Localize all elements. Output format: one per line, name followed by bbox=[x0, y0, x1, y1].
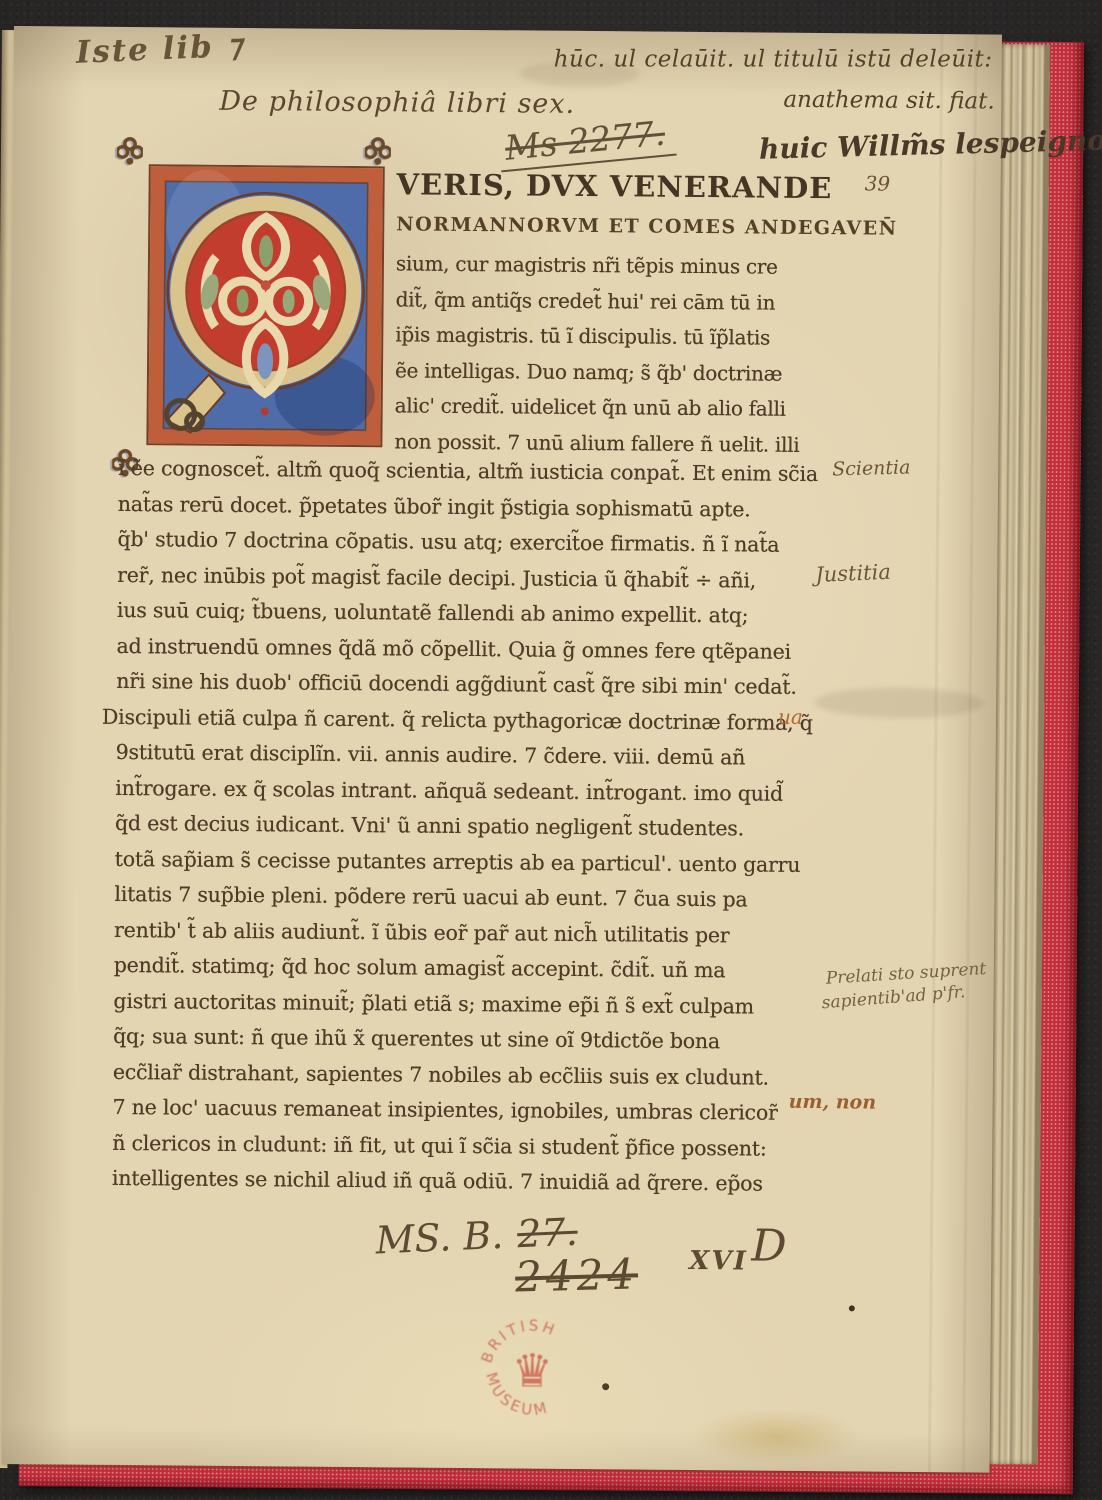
margin-correction-qua: ua bbox=[778, 705, 803, 729]
manuscript-photo: Iste lib ⁊ hūc. ul celaūit. ul titulū is… bbox=[0, 0, 1102, 1500]
incipit-display-line-1: VERIS, DVX VENERANDE bbox=[396, 167, 832, 205]
text-line: sium, cur magistris nr̃i tẽpis minus cre bbox=[396, 251, 801, 290]
manuscript-title: De philosophiâ libri sex. bbox=[219, 86, 575, 120]
pressmark-letter: D bbox=[751, 1220, 787, 1271]
owner-number: 39 bbox=[865, 171, 891, 195]
text-line: alic' credit̃. uidelicet q̃n unū ab alio… bbox=[394, 393, 799, 432]
text-line: pendit̃. statimq; q̃d hoc solum amagist̃… bbox=[114, 953, 814, 995]
text-line: ad instruendū omnes q̃dã mõ cõpellit. Qu… bbox=[116, 633, 816, 675]
struck-old-shelfmark: Ms 2277. bbox=[497, 113, 677, 173]
shelfmark-prefix: MS. B. bbox=[375, 1213, 505, 1263]
effaced-margin-note bbox=[814, 687, 984, 718]
text-line: 7 ne loc' uacuus remaneat insipientes, i… bbox=[112, 1095, 812, 1137]
text-line: rer̃, nec inūbis pot̃ magist̃ facile dec… bbox=[117, 562, 817, 604]
shelfmark-number-struck: 27. bbox=[516, 1210, 578, 1257]
british-museum-stamp: BRITISH MUSEUM ♛ bbox=[472, 1310, 593, 1431]
shelfmark-2424-struck: 2424 bbox=[514, 1249, 638, 1301]
opening-text-block: sium, cur magistris nr̃i tẽpis minus cre… bbox=[394, 251, 801, 468]
text-line: ñ clericos in cludunt: iñ fit, ut qui ĩ … bbox=[112, 1130, 812, 1172]
text-line: totã sap̃iam s̃ cecisse putantes arrepti… bbox=[115, 846, 815, 888]
pressmark-roman: XVI bbox=[689, 1246, 748, 1277]
trefoil-ornament-icon bbox=[117, 137, 143, 171]
body-text-block: ĩ ẽe cognoscet̃. altm̃ quoq̃ scientia, a… bbox=[112, 456, 818, 1208]
parchment-page: Iste lib ⁊ hūc. ul celaūit. ul titulū is… bbox=[1, 26, 1002, 1473]
margin-note-scientia: Scientia bbox=[832, 456, 911, 480]
crown-icon: ♛ bbox=[511, 1343, 553, 1397]
ink-dot bbox=[849, 1305, 855, 1311]
text-line: rentib' t̃ ab aliis audiunt̃. ĩ ũbis eor… bbox=[114, 917, 814, 959]
text-line: q̃d est decius iudicant. Vni' ũ anni spa… bbox=[115, 811, 815, 853]
anathema-line-2: anathema sit. fiat. bbox=[783, 87, 995, 115]
margin-correction-clericorum: um, non bbox=[789, 1091, 877, 1114]
text-line: q̃b' studio 7 doctrina cõpatis. usu atq;… bbox=[117, 527, 817, 569]
text-line: intelligentes se nichil aliud iñ quã odi… bbox=[112, 1166, 812, 1208]
text-line: ius suū cuiq; t̃buens, uoluntatẽ fallend… bbox=[117, 598, 817, 640]
text-line: dit̃, q̃m antiq̃s credet̃ hui' rei cām t… bbox=[395, 287, 800, 326]
ink-dot bbox=[602, 1383, 609, 1390]
text-line: ip̃is magistris. tū ĩ discipulis. tū ĩp̃… bbox=[395, 322, 800, 361]
text-line: int̃rogare. ex q̃ scolas intrant. añquã … bbox=[115, 775, 815, 817]
text-line: ĩ ẽe cognoscet̃. altm̃ quoq̃ scientia, a… bbox=[118, 456, 818, 498]
text-line: nr̃i sine his duob' officiū docendi agg̃… bbox=[116, 669, 816, 711]
text-line: q̃q; sua sunt: ñ que ihũ x̃ querentes ut… bbox=[113, 1024, 813, 1066]
incipit-display-line-2: NORMANNORVM ET COMES ANDEGAVEN̄ bbox=[396, 213, 897, 239]
text-line: gistri auctoritas minuit̃; p̃lati etiã s… bbox=[113, 988, 813, 1030]
text-line: 9stitutū erat disciplĩn. vii. annis audi… bbox=[115, 740, 815, 782]
text-line: litatis 7 sup̃bie pleni. põdere rerū uac… bbox=[114, 882, 814, 924]
text-line: nat̃as rerū docet. p̃petates ũbor̃ ingit… bbox=[118, 491, 818, 533]
margin-note-justitia: Justitia bbox=[815, 560, 892, 587]
anathema-line-1: hūc. ul celaūit. ul titulū istū deleūit: bbox=[554, 47, 993, 73]
text-line: ecc̃liar̃ distrahant, sapientes 7 nobile… bbox=[113, 1059, 813, 1101]
ex-libris-fragment: Iste lib ⁊ bbox=[75, 28, 245, 71]
text-line: ẽe intelligas. Duo namq; s̃ q̃b' doctrin… bbox=[395, 358, 800, 397]
illuminated-initial-Q bbox=[144, 164, 386, 448]
